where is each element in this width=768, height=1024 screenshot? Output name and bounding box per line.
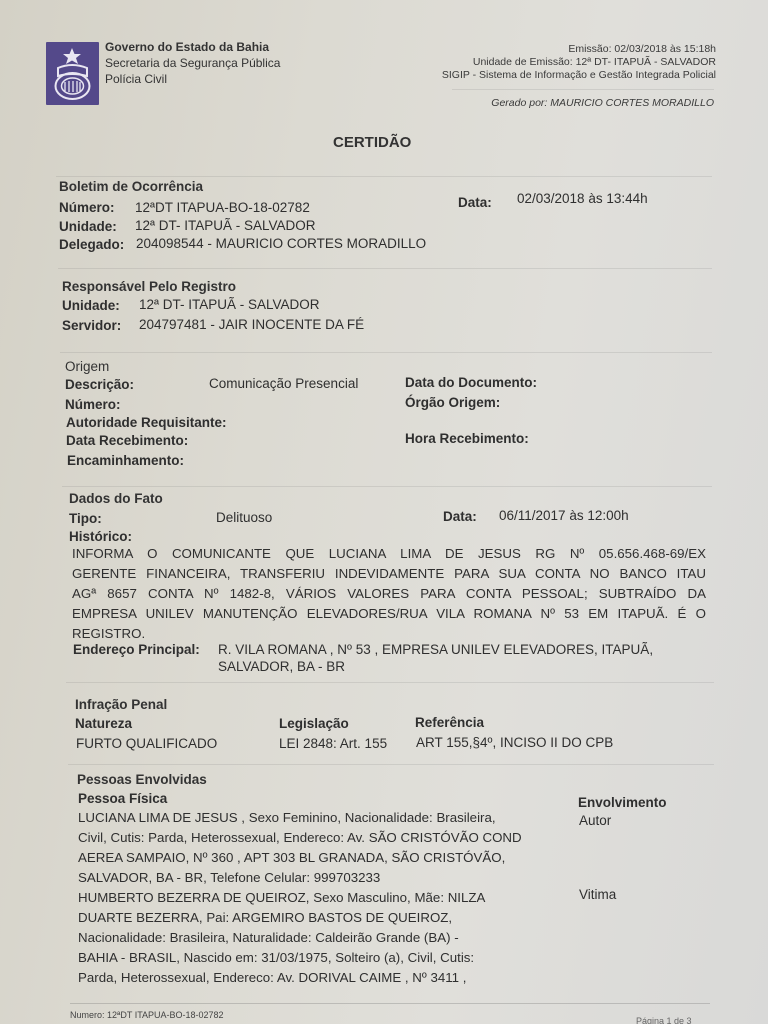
boletim-data-label: Data: [458, 195, 492, 210]
boletim-heading: Boletim de Ocorrência [59, 179, 203, 194]
boletim-data-value: 02/03/2018 às 13:44h [517, 191, 648, 206]
person-line: Nacionalidade: Brasileira, Naturalidade:… [78, 928, 522, 948]
fato-tipo-label: Tipo: [69, 511, 102, 526]
envolvimento-vitima: Vitima [579, 887, 616, 902]
person-line: DUARTE BEZERRA, Pai: ARGEMIRO BASTOS DE … [78, 908, 522, 928]
origem-data-documento-label: Data do Documento: [405, 375, 537, 390]
infracao-col-natureza: Natureza [75, 716, 132, 731]
divider [68, 764, 714, 765]
infracao-col-referencia: Referência [415, 715, 484, 730]
footer-numero: Numero: 12ªDT ITAPUA-BO-18-02782 [70, 1010, 224, 1020]
fato-historico-text: INFORMA O COMUNICANTE QUE LUCIANA LIMA D… [72, 544, 706, 644]
infracao-legislacao-value: LEI 2848: Art. 155 [279, 736, 387, 751]
origem-descricao-label: Descrição: [65, 377, 134, 392]
org-policia: Polícia Civil [105, 72, 167, 87]
divider [66, 682, 714, 683]
fato-tipo-value: Delituoso [216, 510, 272, 525]
police-crest-icon [46, 42, 99, 105]
historico-line: REGISTRO. [72, 624, 706, 644]
fato-endereco-line1: R. VILA ROMANA , Nº 53 , EMPRESA UNILEV … [218, 642, 653, 657]
origem-autoridade-label: Autoridade Requisitante: [66, 415, 227, 430]
responsavel-unidade-value: 12ª DT- ITAPUÃ - SALVADOR [139, 297, 320, 312]
boletim-delegado-value: 204098544 - MAURICIO CORTES MORADILLO [136, 236, 426, 251]
boletim-unidade-value: 12ª DT- ITAPUÃ - SALVADOR [135, 218, 316, 233]
historico-line: AGª 8657 CONTA Nº 1482-8, VÁRIOS VALORES… [72, 584, 706, 604]
infracao-referencia-value: ART 155,§4º, INCISO II DO CPB [416, 735, 613, 750]
org-name: Governo do Estado da Bahia [105, 40, 269, 55]
footer-divider [70, 1003, 710, 1004]
person-line: Parda, Heterossexual, Endereco: Av. DORI… [78, 968, 522, 988]
page-title: CERTIDÃO [333, 134, 411, 151]
historico-line: EMPRESA UNILEV MANUTENÇÃO ELEVADORES/RUA… [72, 604, 706, 624]
responsavel-heading: Responsável Pelo Registro [62, 279, 236, 294]
origem-orgao-label: Órgão Origem: [405, 395, 500, 410]
origem-heading: Origem [65, 359, 109, 374]
fato-data-label: Data: [443, 509, 477, 524]
origem-hora-recebimento-label: Hora Recebimento: [405, 431, 529, 446]
document-page: Governo do Estado da Bahia Secretaria da… [0, 0, 768, 1024]
person-record: LUCIANA LIMA DE JESUS , Sexo Feminino, N… [78, 808, 522, 988]
divider [62, 486, 712, 487]
envolvimento-autor: Autor [579, 813, 611, 828]
origem-descricao-value: Comunicação Presencial [209, 376, 358, 391]
unidade-emissao: Unidade de Emissão: 12ª DT- ITAPUÃ - SAL… [473, 55, 716, 69]
envolvimento-header: Envolvimento [578, 795, 667, 810]
divider [58, 268, 712, 269]
responsavel-servidor-label: Servidor: [62, 318, 121, 333]
pessoas-subheading: Pessoa Física [78, 791, 167, 806]
person-line: SALVADOR, BA - BR, Telefone Celular: 999… [78, 868, 522, 888]
person-line: LUCIANA LIMA DE JESUS , Sexo Feminino, N… [78, 808, 522, 828]
sistema-name: SIGIP - Sistema de Informação e Gestão I… [442, 68, 716, 82]
footer-pagina: Página 1 de 3 [636, 1016, 692, 1024]
boletim-numero-label: Número: [59, 200, 115, 215]
person-line: BAHIA - BRASIL, Nascido em: 31/03/1975, … [78, 948, 522, 968]
boletim-unidade-label: Unidade: [59, 219, 117, 234]
divider [56, 176, 712, 177]
fato-data-value: 06/11/2017 às 12:00h [499, 508, 629, 523]
fato-endereco-line2: SALVADOR, BA - BR [218, 659, 345, 674]
infracao-heading: Infração Penal [75, 697, 167, 712]
header-divider [452, 89, 714, 90]
origem-encaminhamento-label: Encaminhamento: [67, 453, 184, 468]
origem-numero-label: Número: [65, 397, 121, 412]
person-line: HUMBERTO BEZERRA DE QUEIROZ, Sexo Mascul… [78, 888, 522, 908]
divider [60, 352, 712, 353]
historico-line: INFORMA O COMUNICANTE QUE LUCIANA LIMA D… [72, 544, 706, 564]
boletim-delegado-label: Delegado: [59, 237, 124, 252]
fato-historico-label: Histórico: [69, 529, 132, 544]
boletim-numero-value: 12ªDT ITAPUA-BO-18-02782 [135, 200, 310, 215]
origem-data-recebimento-label: Data Recebimento: [66, 433, 188, 448]
org-secretaria: Secretaria da Segurança Pública [105, 56, 280, 71]
pessoas-heading: Pessoas Envolvidas [77, 772, 207, 787]
responsavel-unidade-label: Unidade: [62, 298, 120, 313]
responsavel-servidor-value: 204797481 - JAIR INOCENTE DA FÉ [139, 317, 364, 332]
gerado-por: Gerado por: MAURICIO CORTES MORADILLO [491, 96, 714, 110]
infracao-col-legislacao: Legislação [279, 716, 349, 731]
person-line: Civil, Cutis: Parda, Heterossexual, Ende… [78, 828, 522, 848]
historico-line: GERENTE FINANCEIRA, TRANSFERIU INDEVIDAM… [72, 564, 706, 584]
infracao-natureza-value: FURTO QUALIFICADO [76, 736, 217, 751]
fato-heading: Dados do Fato [69, 491, 163, 506]
emissao-date: Emissão: 02/03/2018 às 15:18h [568, 42, 716, 56]
person-line: AEREA SAMPAIO, Nº 360 , APT 303 BL GRANA… [78, 848, 522, 868]
fato-endereco-label: Endereço Principal: [73, 642, 200, 657]
